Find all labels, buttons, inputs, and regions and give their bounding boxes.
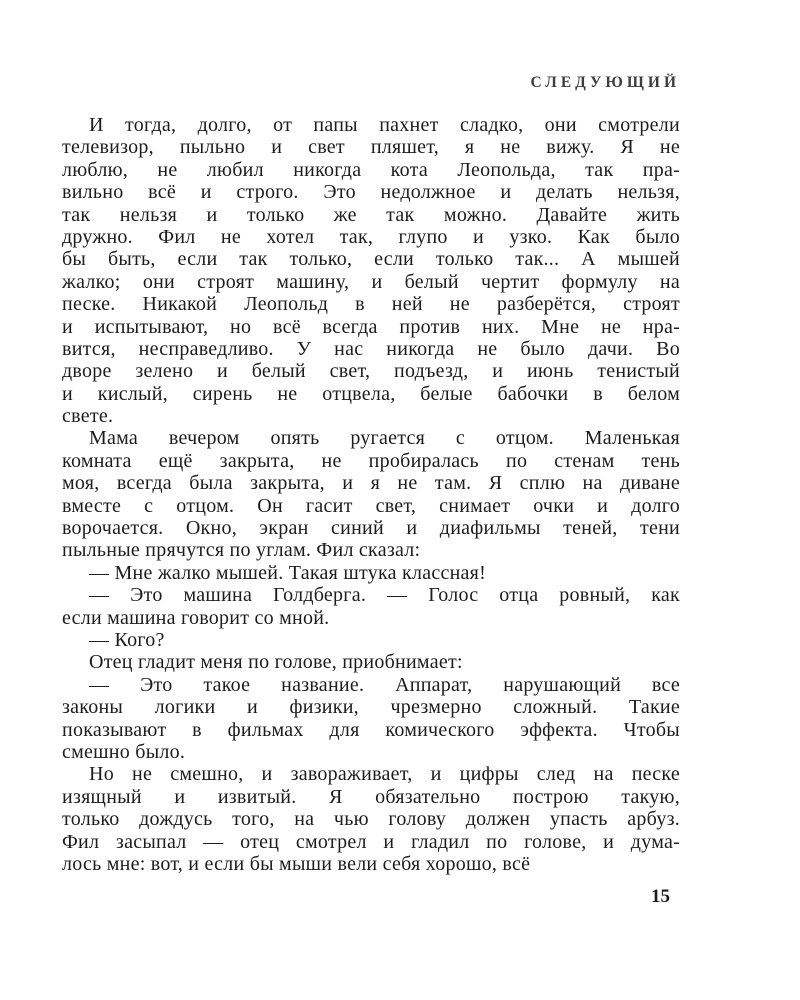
text-line: ворочается. Окно, экран синий и диафильм… [62, 517, 680, 539]
text-line: и кислый, сирень не отцвела, белые бабоч… [62, 383, 680, 405]
text-line: Но не смешно, и завораживает, и цифры сл… [62, 763, 680, 785]
text-line: комната ещё закрыта, не пробиралась по с… [62, 450, 680, 472]
text-line: люблю, не любил никогда кота Леопольда, … [62, 159, 680, 181]
text-line: моя, всегда была закрыта, и я не там. Я … [62, 472, 680, 494]
text-line: дворе зелено и белый свет, подъезд, и ию… [62, 360, 680, 382]
running-head: СЛЕДУЮЩИЙ [62, 74, 680, 92]
text-line: и испытывают, но всё всегда против них. … [62, 316, 680, 338]
text-line: песке. Никакой Леопольд в ней не разберё… [62, 293, 680, 315]
body-text: И тогда, долго, от папы пахнет сладко, о… [62, 114, 680, 875]
text-line: Фил засыпал — отец смотрел и гладил по г… [62, 831, 680, 853]
text-line: вместе с отцом. Он гасит свет, снимает о… [62, 495, 680, 517]
text-line: смешно было. [62, 741, 680, 763]
text-line: бы быть, если так только, если только та… [62, 248, 680, 270]
text-line: жалко; они строят машину, и белый чертит… [62, 271, 680, 293]
text-line: — Это такое название. Аппарат, нарушающи… [62, 674, 680, 696]
text-line: Отец гладит меня по голове, приобнимает: [62, 651, 680, 673]
text-line: показывают в фильмах для комического эфф… [62, 719, 680, 741]
text-line: — Мне жалко мышей. Такая штука классная! [62, 562, 680, 584]
text-line: только дождусь того, на чью голову долже… [62, 808, 680, 830]
text-line: так нельзя и только же так можно. Давайт… [62, 204, 680, 226]
text-line: дружно. Фил не хотел так, глупо и узко. … [62, 226, 680, 248]
text-line: вится, несправедливо. У нас никогда не б… [62, 338, 680, 360]
text-line: изящный и извитый. Я обязательно построю… [62, 786, 680, 808]
page-number: 15 [62, 886, 670, 908]
text-line: законы логики и физики, чрезмерно сложны… [62, 696, 680, 718]
text-line: — Кого? [62, 629, 680, 651]
text-line: — Это машина Голдберга. — Голос отца ров… [62, 584, 680, 606]
text-line: пыльные прячутся по углам. Фил сказал: [62, 539, 680, 561]
text-line: свете. [62, 405, 680, 427]
text-line: вильно всё и строго. Это недолжное и дел… [62, 181, 680, 203]
text-line: Мама вечером опять ругается с отцом. Мал… [62, 427, 680, 449]
text-line: телевизор, пыльно и свет пляшет, я не ви… [62, 136, 680, 158]
text-line: лось мне: вот, и если бы мыши вели себя … [62, 853, 680, 875]
book-page: СЛЕДУЮЩИЙ И тогда, долго, от папы пахнет… [0, 0, 800, 1000]
text-line: если машина говорит со мной. [62, 607, 680, 629]
text-line: И тогда, долго, от папы пахнет сладко, о… [62, 114, 680, 136]
